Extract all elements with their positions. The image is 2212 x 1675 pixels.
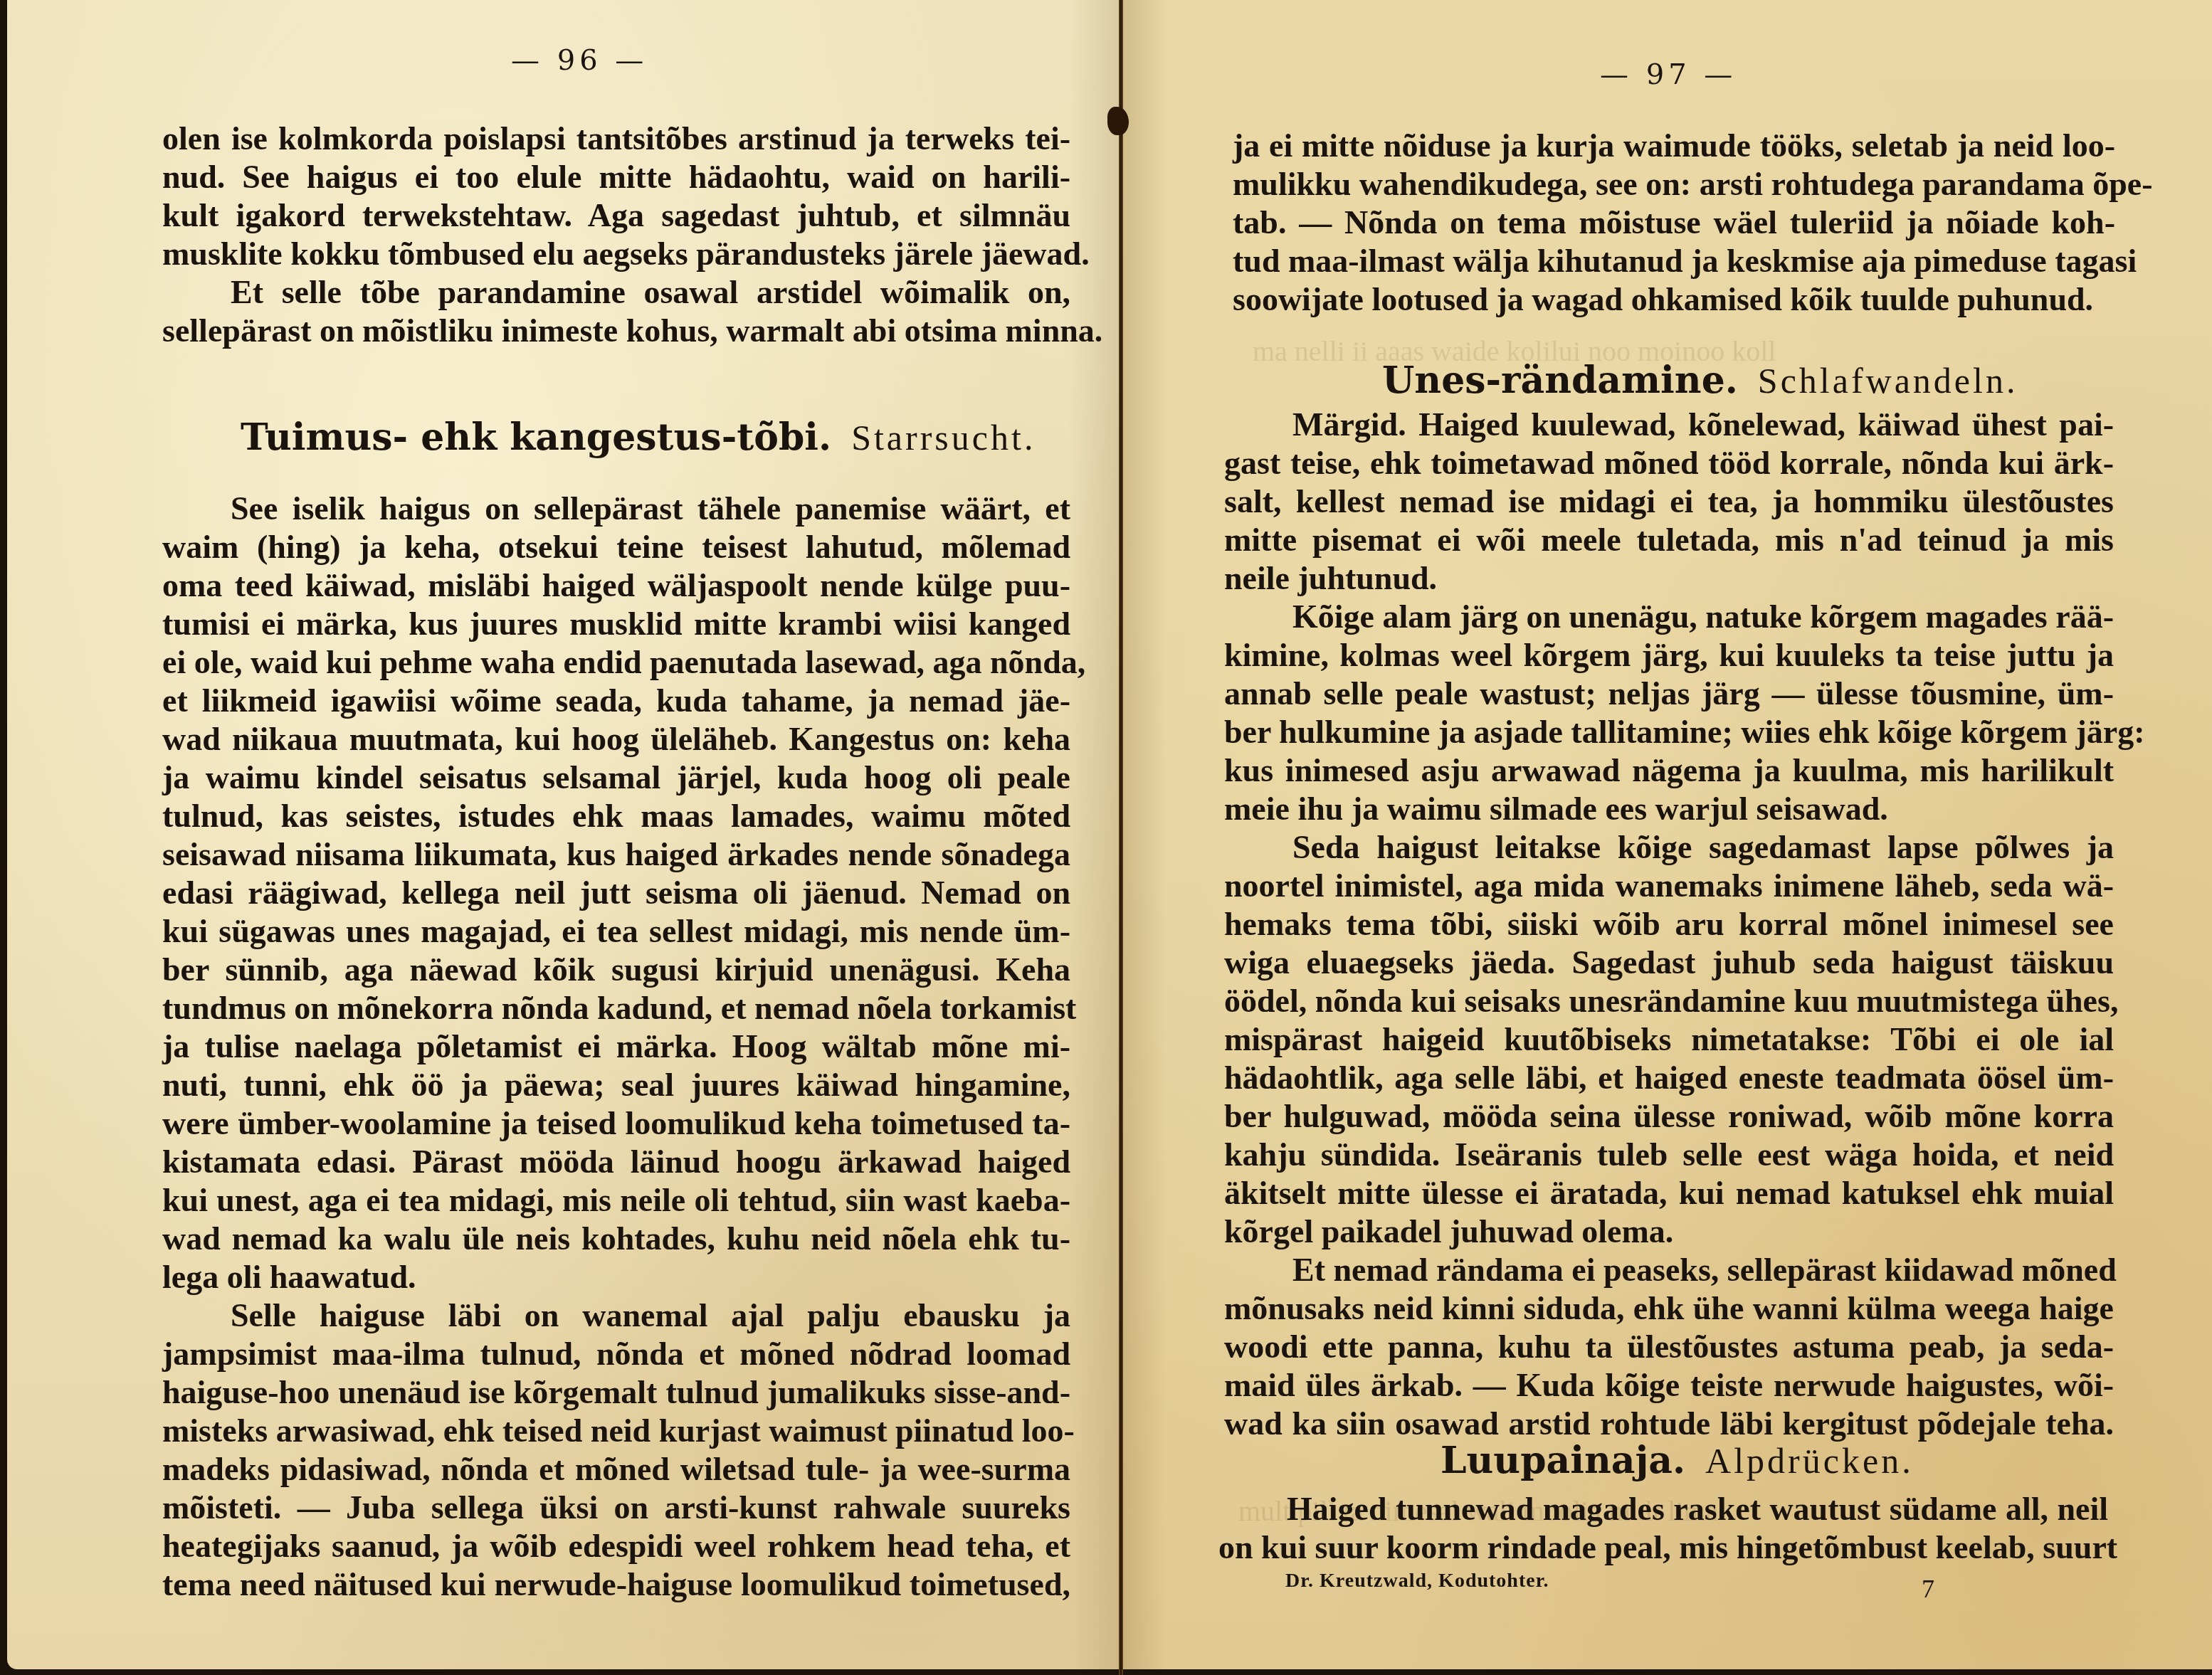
heading-estonian: Tuimus- ehk kangestus-tõbi. bbox=[241, 416, 831, 459]
text-line: noortel inimistel, aga mida wanemaks ini… bbox=[1224, 867, 2114, 905]
heading-estonian: Luupainaja. bbox=[1441, 1439, 1685, 1482]
text-line: äkitselt mitte ülesse ei äratada, kui ne… bbox=[1224, 1174, 2114, 1212]
text-line: on kui suur koorm rindade peal, mis hing… bbox=[1218, 1528, 2108, 1567]
text-line: olen ise kolmkorda poislapsi tantsitõbes… bbox=[162, 120, 1070, 158]
text-line: hädaohtlik, aga selle läbi, et haiged en… bbox=[1224, 1059, 2114, 1097]
text-line: tud maa-ilmast wälja kihutanud ja keskmi… bbox=[1233, 242, 2115, 280]
text-line: annab selle peale wastust; neljas järg —… bbox=[1224, 675, 2114, 713]
text-line: tab. — Nõnda on tema mõistuse wäel tuler… bbox=[1233, 204, 2115, 242]
text-line: soowijate lootused ja wagad ohkamised kõ… bbox=[1233, 280, 2115, 319]
page-number-left: — 96 — bbox=[511, 44, 648, 77]
text-line: Selle haiguse läbi on wanemal ajal palju… bbox=[162, 1296, 1070, 1335]
left-continuation-paragraph: olen ise kolmkorda poislapsi tantsitõbes… bbox=[162, 120, 1070, 350]
signature-line: Dr. Kreutzwald, Kodutohter. bbox=[1285, 1570, 1549, 1592]
signature-mark: 7 bbox=[1922, 1574, 1934, 1604]
text-line: mõnusaks neid kinni siduda, ehk ühe wann… bbox=[1224, 1289, 2114, 1328]
text-line: Seda haigust leitakse kõige sagedamast l… bbox=[1224, 828, 2114, 867]
text-line: ber hulkumine ja asjade tallitamine; wii… bbox=[1224, 713, 2114, 751]
text-line: ei ole, waid kui pehme waha endid paenut… bbox=[162, 643, 1070, 682]
text-line: Et selle tõbe parandamine osawal arstide… bbox=[162, 273, 1070, 312]
text-line: neile juhtunud. bbox=[1224, 559, 2114, 598]
text-line: tumisi ei märka, kus juures musklid mitt… bbox=[162, 605, 1070, 643]
text-line: wiga eluaegseks jäeda. Sagedast juhub se… bbox=[1224, 944, 2114, 982]
text-line: nuti, tunni, ehk öö ja päewa; seal juure… bbox=[162, 1066, 1070, 1104]
text-line: heategijaks saanud, ja wõib edespidi wee… bbox=[162, 1527, 1070, 1565]
right-section-2-body: Haiged tunnewad magades rasket wautust s… bbox=[1218, 1490, 2108, 1567]
text-line: Haiged tunnewad magades rasket wautust s… bbox=[1218, 1490, 2108, 1528]
heading-german: Starrsucht. bbox=[851, 418, 1036, 458]
text-line: ja tulise naelaga põletamist ei märka. H… bbox=[162, 1027, 1070, 1066]
text-line: ja waimu kindel seisatus selsamal järjel… bbox=[162, 759, 1070, 797]
text-line: wad ka siin osawad arstid rohtude läbi k… bbox=[1224, 1405, 2114, 1443]
heading-german: Alpdrücken. bbox=[1705, 1441, 1914, 1481]
text-line: Märgid. Haiged kuulewad, kõnelewad, käiw… bbox=[1224, 406, 2114, 444]
text-line: kui sügawas unes magajad, ei tea sellest… bbox=[162, 912, 1070, 951]
text-line: ber hulguwad, mööda seina ülesse roniwad… bbox=[1224, 1097, 2114, 1136]
text-line: kõrgel paikadel juhuwad olema. bbox=[1224, 1212, 2114, 1251]
text-line: nud. See haigus ei too elule mitte hädao… bbox=[162, 158, 1070, 196]
binding-tear bbox=[1107, 107, 1129, 135]
text-line: mispärast haigeid kuutõbiseks nimetataks… bbox=[1224, 1020, 2114, 1059]
text-line: mulikku wahendikudega, see on: arsti roh… bbox=[1233, 165, 2115, 204]
text-line: öödel, nõnda kui seisaks unesrändamine k… bbox=[1224, 982, 2114, 1020]
text-line: kistamata edasi. Pärast mööda läinud hoo… bbox=[162, 1143, 1070, 1181]
text-line: woodi ette panna, kuhu ta ülestõustes as… bbox=[1224, 1328, 2114, 1366]
section-heading-starrsucht: Tuimus- ehk kangestus-tõbi.Starrsucht. bbox=[241, 416, 1036, 459]
text-line: kahju sündida. Iseäranis tuleb selle ees… bbox=[1224, 1136, 2114, 1174]
left-section-body: See iselik haigus on sellepärast tähele … bbox=[162, 490, 1070, 1604]
text-line: sellepärast on mõistliku inimeste kohus,… bbox=[162, 312, 1070, 350]
text-line: oma teed käiwad, misläbi haiged wäljaspo… bbox=[162, 566, 1070, 605]
right-continuation-paragraph: ja ei mitte nõiduse ja kurja waimude töö… bbox=[1233, 127, 2115, 319]
page-number-right: — 97 — bbox=[1600, 58, 1737, 91]
text-line: edasi räägiwad, kellega neil jutt seisma… bbox=[162, 874, 1070, 912]
section-heading-schlafwandeln: Unes-rändamine.Schlafwandeln. bbox=[1382, 359, 2018, 402]
signature-author: Dr. Kreutzwald, bbox=[1285, 1570, 1433, 1592]
text-line: hemaks tema tõbi, siiski wõib aru korral… bbox=[1224, 905, 2114, 944]
text-line: salt, kellest nemad ise midagi ei tea, j… bbox=[1224, 482, 2114, 521]
text-line: maid üles ärkab. — Kuda kõige teiste ner… bbox=[1224, 1366, 2114, 1405]
text-line: Et nemad rändama ei peaseks, sellepärast… bbox=[1224, 1251, 2114, 1289]
signature-title: Kodutohter. bbox=[1438, 1570, 1549, 1592]
text-line: madeks pidasiwad, nõnda et mõned wiletsa… bbox=[162, 1450, 1070, 1489]
heading-german: Schlafwandeln. bbox=[1758, 361, 2018, 401]
text-line: tema need näitused kui nerwude-haiguse l… bbox=[162, 1565, 1070, 1604]
text-line: kimine, kolmas weel kõrgem järg, kui kuu… bbox=[1224, 636, 2114, 675]
text-line: were ümber-woolamine ja teised loomuliku… bbox=[162, 1104, 1070, 1143]
text-line: misteks arwasiwad, ehk teised neid kurja… bbox=[162, 1412, 1070, 1450]
text-line: wad nemad ka walu üle neis kohtades, kuh… bbox=[162, 1220, 1070, 1258]
text-line: mõisteti. — Juba sellega üksi on arsti-k… bbox=[162, 1489, 1070, 1527]
text-line: et liikmeid igawiisi wõime seada, kuda t… bbox=[162, 682, 1070, 720]
text-line: mitte pisemat ei wõi meele tuletada, mis… bbox=[1224, 521, 2114, 559]
text-line: gast teise, ehk toimetawad mõned tööd ko… bbox=[1224, 444, 2114, 482]
text-line: kui unest, aga ei tea midagi, mis neile … bbox=[162, 1181, 1070, 1220]
text-line: kult igakord terwekstehtaw. Aga sagedast… bbox=[162, 196, 1070, 235]
text-line: tundmus on mõnekorra nõnda kadund, et ne… bbox=[162, 989, 1070, 1027]
book-gutter bbox=[1119, 0, 1123, 1675]
text-line: kus inimesed asju arwawad nägema ja kuul… bbox=[1224, 751, 2114, 790]
text-line: wad niikaua muutmata, kui hoog üleläheb.… bbox=[162, 720, 1070, 759]
text-line: waim (hing) ja keha, otsekui teine teise… bbox=[162, 528, 1070, 566]
text-line: See iselik haigus on sellepärast tähele … bbox=[162, 490, 1070, 528]
right-section-body: Märgid. Haiged kuulewad, kõnelewad, käiw… bbox=[1224, 406, 2114, 1443]
text-line: jampsimist maa-ilma tulnud, nõnda et mõn… bbox=[162, 1335, 1070, 1373]
text-line: meie ihu ja waimu silmade ees warjul sei… bbox=[1224, 790, 2114, 828]
section-heading-alpdruecken: Luupainaja.Alpdrücken. bbox=[1441, 1439, 1914, 1482]
text-line: ja ei mitte nõiduse ja kurja waimude töö… bbox=[1233, 127, 2115, 165]
text-line: seisawad niisama liikumata, kus haiged ä… bbox=[162, 835, 1070, 874]
text-line: haiguse-hoo unenäud ise kõrgemalt tulnud… bbox=[162, 1373, 1070, 1412]
text-line: lega oli haawatud. bbox=[162, 1258, 1070, 1296]
text-line: ber sünnib, aga näewad kõik sugusi kirju… bbox=[162, 951, 1070, 989]
text-line: musklite kokku tõmbused elu aegseks pära… bbox=[162, 235, 1070, 273]
text-line: Kõige alam järg on unenägu, natuke kõrge… bbox=[1224, 598, 2114, 636]
heading-estonian: Unes-rändamine. bbox=[1382, 359, 1738, 402]
gutter-shadow bbox=[1123, 0, 1166, 1669]
text-line: tulnud, kas seistes, istudes ehk maas la… bbox=[162, 797, 1070, 835]
